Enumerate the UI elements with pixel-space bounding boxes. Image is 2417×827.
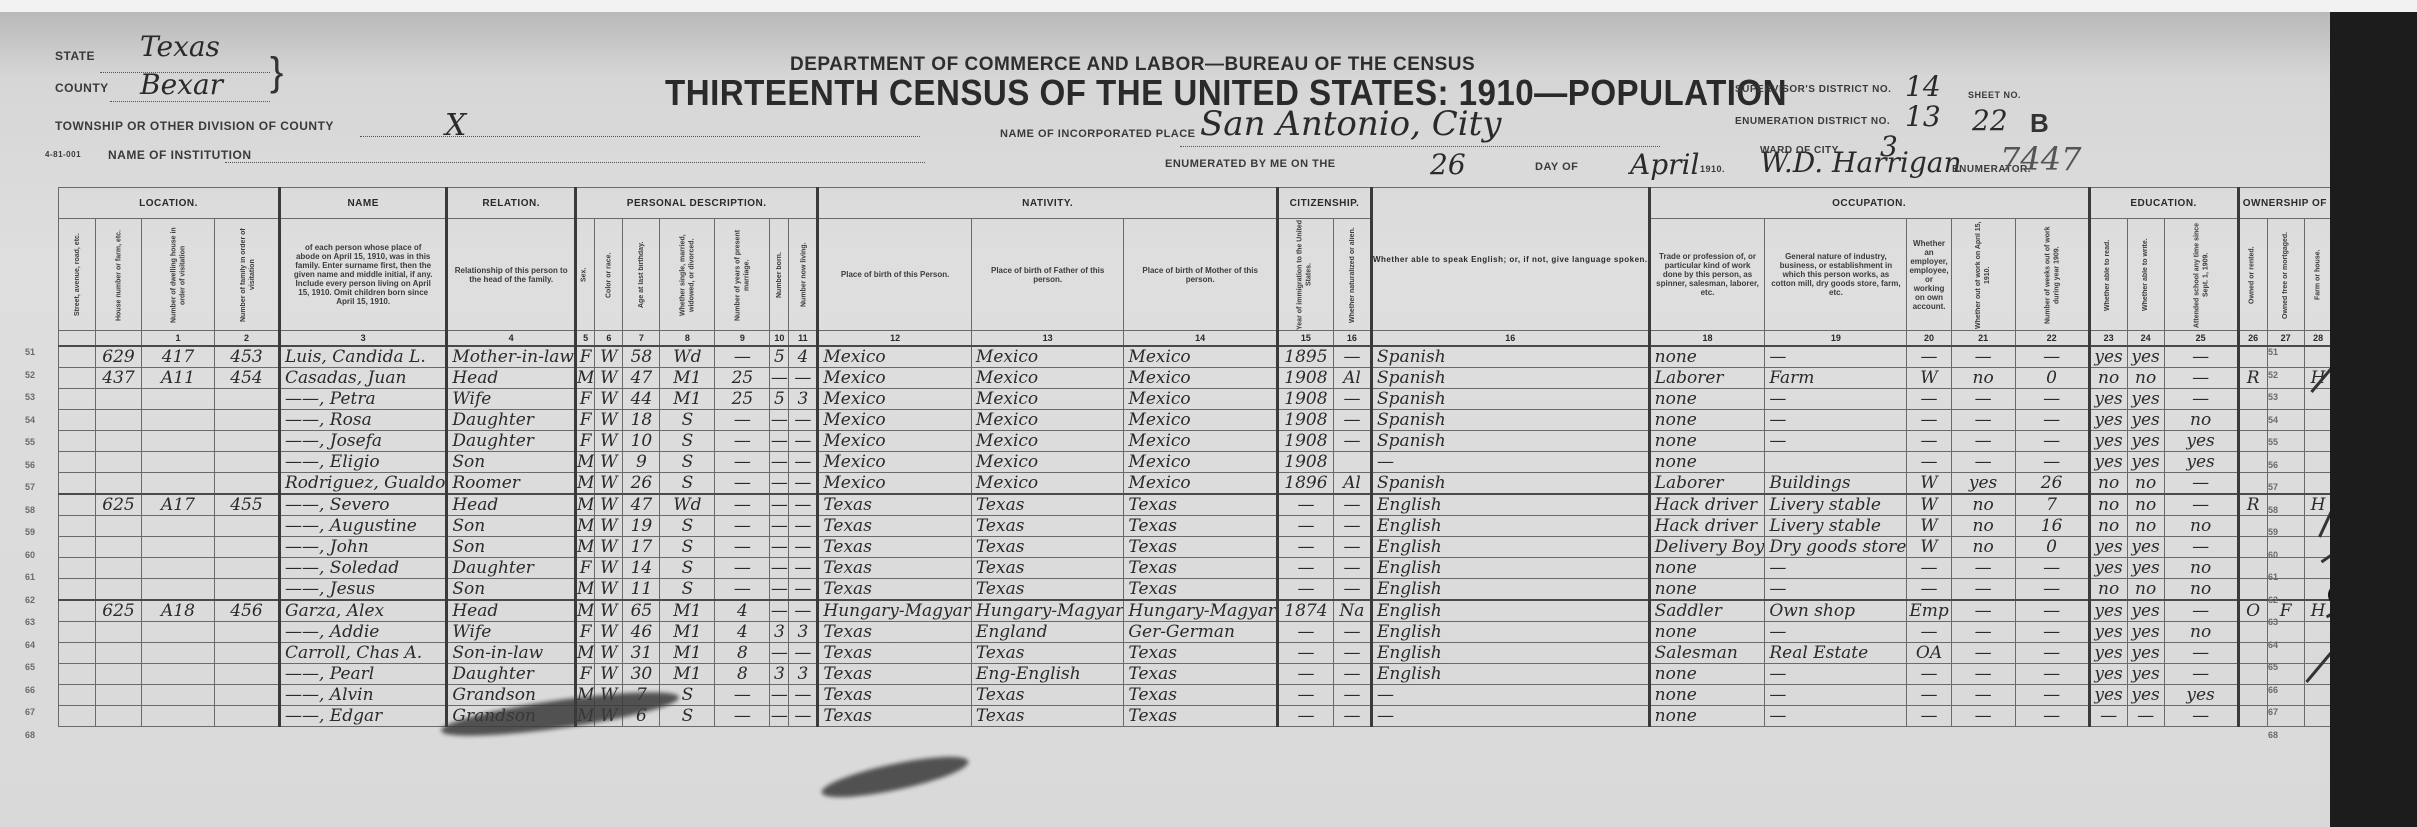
sheet-no-label: SHEET NO. <box>1968 90 2021 100</box>
cell-farm: H <box>2304 494 2330 516</box>
cell-yrs-married: 8 <box>715 643 770 664</box>
cell-natur: Al <box>1333 368 1371 389</box>
cell-marital: M1 <box>660 643 715 664</box>
cell-race: W <box>595 600 623 622</box>
column-number: 14 <box>1124 331 1278 347</box>
cell-street <box>59 346 96 368</box>
cell-house <box>142 664 215 685</box>
column-number: 13 <box>971 331 1124 347</box>
cell-family <box>215 431 280 452</box>
cell-natur: — <box>1333 389 1371 410</box>
cell-father-birth: England <box>971 622 1124 643</box>
cell-language: Spanish <box>1371 410 1649 431</box>
column-number: 9 <box>715 331 770 347</box>
cell-race: W <box>595 431 623 452</box>
cell-relation: Daughter <box>447 558 576 579</box>
column-number: 25 <box>2164 331 2238 347</box>
cell-read: yes <box>2089 664 2127 685</box>
cell-born: 3 <box>770 664 789 685</box>
cell-read: yes <box>2089 537 2127 558</box>
line-number: 53 <box>20 392 40 415</box>
cell-out-work: — <box>1951 622 2015 643</box>
cell-farm <box>2304 579 2330 601</box>
cell-yrs-married: — <box>715 558 770 579</box>
cell-family <box>215 537 280 558</box>
column-number: 8 <box>660 331 715 347</box>
cell-birth: Mexico <box>818 346 972 368</box>
cell-house: A11 <box>142 368 215 389</box>
cell-birth: Mexico <box>818 410 972 431</box>
line-number: 66 <box>2258 685 2288 708</box>
cell-name: ——, Eligio <box>280 452 447 473</box>
cell-marital: Wd <box>660 494 715 516</box>
cell-natur: Al <box>1333 473 1371 495</box>
county-line <box>110 101 270 102</box>
cell-house <box>142 579 215 601</box>
cell-relation: Son <box>447 516 576 537</box>
cell-school: no <box>2164 558 2238 579</box>
cell-marital: S <box>660 579 715 601</box>
enumerated-day: 26 <box>1430 148 1466 181</box>
cell-yrs-married: — <box>715 473 770 495</box>
cell-street <box>59 643 96 664</box>
cell-farm <box>2304 389 2330 410</box>
cell-immig: 1908 <box>1277 431 1333 452</box>
cell-language: Spanish <box>1371 389 1649 410</box>
cell-birth: Mexico <box>818 473 972 495</box>
cell-marital: S <box>660 431 715 452</box>
cell-race: W <box>595 643 623 664</box>
cell-name: Casadas, Juan <box>280 368 447 389</box>
cell-emp: — <box>1907 685 1951 706</box>
cell-dwelling-no <box>96 706 142 727</box>
cell-school: — <box>2164 389 2238 410</box>
cell-trade: Saddler <box>1649 600 1765 622</box>
col-14-header: Place of birth of Mother of this person. <box>1124 219 1278 331</box>
cell-write: yes <box>2127 558 2164 579</box>
column-number: 24 <box>2127 331 2164 347</box>
cell-read: no <box>2089 368 2127 389</box>
cell-industry: Farm <box>1765 368 1907 389</box>
line-number: 59 <box>2258 527 2288 550</box>
cell-industry: — <box>1765 664 1907 685</box>
col-25-header: Attended school any time since Sept. 1, … <box>2164 219 2238 331</box>
group-name: NAME <box>280 188 447 219</box>
cell-dwelling-no <box>96 622 142 643</box>
cell-immig: — <box>1277 516 1333 537</box>
cell-birth: Texas <box>818 558 972 579</box>
state-value: Texas <box>140 30 220 63</box>
cell-write: no <box>2127 494 2164 516</box>
cell-street <box>59 410 96 431</box>
cell-sex: M <box>575 494 594 516</box>
table-row: 625A17455——, SeveroHeadMW47Wd———TexasTex… <box>59 494 2331 516</box>
cell-emp: — <box>1907 431 1951 452</box>
cell-school: yes <box>2164 452 2238 473</box>
incorporated-place-line <box>1180 146 1660 147</box>
cell-school: — <box>2164 706 2238 727</box>
line-number: 51 <box>20 347 40 370</box>
cell-family: 453 <box>215 346 280 368</box>
supervisor-district-value: 14 <box>1905 70 1941 103</box>
cell-language: — <box>1371 452 1649 473</box>
census-table: LOCATION. NAME RELATION. PERSONAL DESCRI… <box>58 187 2330 727</box>
line-number: 55 <box>2258 437 2288 460</box>
cell-mother-birth: Mexico <box>1124 473 1278 495</box>
column-number: 6 <box>595 331 623 347</box>
cell-language: Spanish <box>1371 473 1649 495</box>
cell-immig: — <box>1277 622 1333 643</box>
cell-language: English <box>1371 537 1649 558</box>
cell-farm: H <box>2304 600 2330 622</box>
column-number: 19 <box>1765 331 1907 347</box>
cell-house: 417 <box>142 346 215 368</box>
cell-write: yes <box>2127 643 2164 664</box>
cell-race: W <box>595 622 623 643</box>
column-number <box>96 331 142 347</box>
cell-father-birth: Mexico <box>971 431 1124 452</box>
cell-school: no <box>2164 516 2238 537</box>
cell-street <box>59 706 96 727</box>
cell-farm <box>2304 685 2330 706</box>
cell-age: 47 <box>623 494 660 516</box>
cell-read: no <box>2089 473 2127 495</box>
cell-language: English <box>1371 494 1649 516</box>
cell-emp: W <box>1907 537 1951 558</box>
group-ownership: OWNERSHIP OF HOME. <box>2238 188 2330 219</box>
cell-immig: 1895 <box>1277 346 1333 368</box>
col-4-header: Relationship of this person to the head … <box>447 219 576 331</box>
cell-marital: S <box>660 473 715 495</box>
cell-sex: F <box>575 431 594 452</box>
cell-read: yes <box>2089 346 2127 368</box>
cell-out-work: no <box>1951 368 2015 389</box>
cell-father-birth: Texas <box>971 685 1124 706</box>
cell-street <box>59 579 96 601</box>
cell-weeks-out: — <box>2015 664 2089 685</box>
group-nativity: NATIVITY. <box>818 188 1278 219</box>
cell-born: — <box>770 473 789 495</box>
cell-born: — <box>770 579 789 601</box>
column-number <box>59 331 96 347</box>
cell-industry <box>1765 452 1907 473</box>
cell-dwelling-no <box>96 643 142 664</box>
cell-immig: — <box>1277 494 1333 516</box>
cell-natur: — <box>1333 558 1371 579</box>
col-15-header: Year of immigration to the United States… <box>1277 219 1333 331</box>
table-row: ——, RosaDaughterFW18S———MexicoMexicoMexi… <box>59 410 2331 431</box>
column-number: 18 <box>1649 331 1765 347</box>
cell-born: 5 <box>770 346 789 368</box>
cell-born: — <box>770 431 789 452</box>
cell-born: 5 <box>770 389 789 410</box>
cell-weeks-out: — <box>2015 389 2089 410</box>
table-row: ——, PearlDaughterFW30M1833TexasEng-Engli… <box>59 664 2331 685</box>
cell-sex: F <box>575 558 594 579</box>
cell-language: Spanish <box>1371 346 1649 368</box>
cell-write: yes <box>2127 452 2164 473</box>
cell-name: ——, Josefa <box>280 431 447 452</box>
ward-label: WARD OF CITY <box>1760 145 1839 156</box>
cell-emp: — <box>1907 558 1951 579</box>
cell-school: — <box>2164 346 2238 368</box>
cell-race: W <box>595 664 623 685</box>
col-9-header: Number of years of present marriage. <box>715 219 770 331</box>
cell-house <box>142 558 215 579</box>
cell-write: yes <box>2127 346 2164 368</box>
col-18-header: Trade or profession of, or particular ki… <box>1649 219 1765 331</box>
cell-relation: Head <box>447 368 576 389</box>
column-number: 7 <box>623 331 660 347</box>
cell-mother-birth: Texas <box>1124 643 1278 664</box>
line-number: 68 <box>2258 730 2288 753</box>
cell-emp: — <box>1907 346 1951 368</box>
table-row: ——, SoledadDaughterFW14S———TexasTexasTex… <box>59 558 2331 579</box>
cell-dwelling-no <box>96 473 142 495</box>
table-row: ——, AugustineSonMW19S———TexasTexasTexas—… <box>59 516 2331 537</box>
cell-age: 17 <box>623 537 660 558</box>
cell-family <box>215 664 280 685</box>
cell-emp: W <box>1907 473 1951 495</box>
cell-age: 18 <box>623 410 660 431</box>
cell-relation: Wife <box>447 622 576 643</box>
cell-weeks-out: 26 <box>2015 473 2089 495</box>
cell-relation: Wife <box>447 389 576 410</box>
cell-name: ——, Jesus <box>280 579 447 601</box>
col-6-header: Color or race. <box>595 219 623 331</box>
column-number: 12 <box>818 331 972 347</box>
cell-language: — <box>1371 706 1649 727</box>
cell-industry: Livery stable <box>1765 516 1907 537</box>
cell-birth: Mexico <box>818 389 972 410</box>
cell-weeks-out: — <box>2015 431 2089 452</box>
cell-emp: — <box>1907 579 1951 601</box>
cell-out-work: no <box>1951 516 2015 537</box>
cell-write: yes <box>2127 389 2164 410</box>
col-3-header: of each person whose place of abode on A… <box>280 219 447 331</box>
cell-relation: Roomer <box>447 473 576 495</box>
cell-age: 47 <box>623 368 660 389</box>
cell-mother-birth: Mexico <box>1124 410 1278 431</box>
cell-natur: — <box>1333 537 1371 558</box>
township-value: X <box>445 108 466 143</box>
cell-emp: — <box>1907 664 1951 685</box>
cell-weeks-out: — <box>2015 643 2089 664</box>
cell-father-birth: Texas <box>971 643 1124 664</box>
cell-write: no <box>2127 516 2164 537</box>
group-education: EDUCATION. <box>2089 188 2238 219</box>
cell-race: W <box>595 410 623 431</box>
incorporated-place-value: San Antonio, City <box>1200 104 1501 144</box>
cell-weeks-out: — <box>2015 346 2089 368</box>
cell-father-birth: Mexico <box>971 389 1124 410</box>
cell-house: A18 <box>142 600 215 622</box>
cell-industry: — <box>1765 622 1907 643</box>
cell-weeks-out: — <box>2015 558 2089 579</box>
cell-marital: Wd <box>660 346 715 368</box>
cell-language: English <box>1371 643 1649 664</box>
cell-father-birth: Hungary-Magyar <box>971 600 1124 622</box>
line-number: 55 <box>20 437 40 460</box>
cell-language: Spanish <box>1371 368 1649 389</box>
cell-relation: Son-in-law <box>447 643 576 664</box>
line-number: 60 <box>2258 550 2288 573</box>
cell-immig: — <box>1277 643 1333 664</box>
cell-school: — <box>2164 368 2238 389</box>
cell-father-birth: Eng-English <box>971 664 1124 685</box>
col-house-header: House number or farm, etc. <box>96 219 142 331</box>
cell-mother-birth: Texas <box>1124 664 1278 685</box>
cell-father-birth: Mexico <box>971 368 1124 389</box>
cell-industry: — <box>1765 410 1907 431</box>
cell-name: ——, Severo <box>280 494 447 516</box>
cell-out-work: yes <box>1951 473 2015 495</box>
cell-industry: — <box>1765 431 1907 452</box>
cell-street <box>59 537 96 558</box>
line-number: 67 <box>20 707 40 730</box>
table-row: ——, JohnSonMW17S———TexasTexasTexas——Engl… <box>59 537 2331 558</box>
col-2-header: Number of family in order of visitation <box>215 219 280 331</box>
line-numbers-left: 515253545556575859606162636465666768 <box>20 347 40 752</box>
cell-weeks-out: — <box>2015 685 2089 706</box>
cell-mother-birth: Mexico <box>1124 389 1278 410</box>
table-row: ——, AlvinGrandsonMW7S———TexasTexasTexas—… <box>59 685 2331 706</box>
cell-industry: Dry goods store <box>1765 537 1907 558</box>
cell-mother-birth: Texas <box>1124 558 1278 579</box>
cell-yrs-married: 25 <box>715 368 770 389</box>
cell-name: Luis, Candida L. <box>280 346 447 368</box>
cell-mother-birth: Texas <box>1124 706 1278 727</box>
column-number: 23 <box>2089 331 2127 347</box>
cell-born: — <box>770 537 789 558</box>
cell-living: — <box>789 368 818 389</box>
cell-trade: none <box>1649 579 1765 601</box>
column-number: 21 <box>1951 331 2015 347</box>
cell-emp: W <box>1907 516 1951 537</box>
cell-house <box>142 516 215 537</box>
line-number: 59 <box>20 527 40 550</box>
cell-natur: — <box>1333 685 1371 706</box>
cell-father-birth: Texas <box>971 516 1124 537</box>
table-row: 625A18456Garza, AlexHeadMW65M14——Hungary… <box>59 600 2331 622</box>
cell-trade: Hack driver <box>1649 494 1765 516</box>
cell-living: — <box>789 537 818 558</box>
line-number: 67 <box>2258 707 2288 730</box>
cell-dwelling-no <box>96 516 142 537</box>
cell-born: — <box>770 706 789 727</box>
cell-weeks-out: — <box>2015 622 2089 643</box>
cell-yrs-married: 4 <box>715 622 770 643</box>
cell-relation: Son <box>447 452 576 473</box>
column-number: 20 <box>1907 331 1951 347</box>
census-sheet: STATE Texas COUNTY Bexar } TOWNSHIP OR O… <box>0 12 2330 827</box>
cell-living: — <box>789 516 818 537</box>
cell-natur: — <box>1333 664 1371 685</box>
cell-immig: — <box>1277 558 1333 579</box>
table-row: ——, EdgarGrandsonMW6S———TexasTexasTexas—… <box>59 706 2331 727</box>
cell-sex: F <box>575 664 594 685</box>
cell-emp: W <box>1907 494 1951 516</box>
cell-birth: Texas <box>818 664 972 685</box>
cell-natur: — <box>1333 706 1371 727</box>
cell-trade: none <box>1649 431 1765 452</box>
cell-race: W <box>595 389 623 410</box>
cell-family <box>215 579 280 601</box>
cell-sex: M <box>575 600 594 622</box>
cell-race: W <box>595 368 623 389</box>
cell-name: ——, Edgar <box>280 706 447 727</box>
cell-relation: Mother-in-law <box>447 346 576 368</box>
line-number: 64 <box>20 640 40 663</box>
cell-relation: Son <box>447 537 576 558</box>
cell-birth: Texas <box>818 537 972 558</box>
cell-name: ——, Alvin <box>280 685 447 706</box>
column-number-row: 1234567891011121314151616181920212223242… <box>59 331 2331 347</box>
state-county-brace: } <box>270 50 283 95</box>
cell-weeks-out: — <box>2015 410 2089 431</box>
state-label: STATE <box>55 49 95 63</box>
cell-farm <box>2304 346 2330 368</box>
cell-trade: none <box>1649 346 1765 368</box>
enumerated-label: ENUMERATED BY ME ON THE <box>1165 158 1336 170</box>
cell-out-work: — <box>1951 600 2015 622</box>
cell-trade: none <box>1649 558 1765 579</box>
cell-name: ——, John <box>280 537 447 558</box>
col-20-header: Whether an employer, employee, or workin… <box>1907 219 1951 331</box>
enumeration-district-value: 13 <box>1905 100 1941 133</box>
cell-immig: 1896 <box>1277 473 1333 495</box>
cell-relation: Daughter <box>447 664 576 685</box>
cell-language: — <box>1371 685 1649 706</box>
cell-born: — <box>770 643 789 664</box>
cell-read: yes <box>2089 452 2127 473</box>
cell-out-work: — <box>1951 346 2015 368</box>
cell-name: ——, Pearl <box>280 664 447 685</box>
cell-street <box>59 685 96 706</box>
table-row: 437A11454Casadas, JuanHeadMW47M125——Mexi… <box>59 368 2331 389</box>
cell-out-work: — <box>1951 643 2015 664</box>
cell-industry: Livery stable <box>1765 494 1907 516</box>
cell-name: Rodriguez, Gualdo <box>280 473 447 495</box>
cell-age: 58 <box>623 346 660 368</box>
cell-out-work: — <box>1951 664 2015 685</box>
group-location: LOCATION. <box>59 188 280 219</box>
cell-industry: — <box>1765 558 1907 579</box>
cell-school: — <box>2164 600 2238 622</box>
cell-immig: 1908 <box>1277 410 1333 431</box>
cell-sex: F <box>575 346 594 368</box>
sheet-no-value: 22 <box>1972 104 2008 137</box>
cell-race: W <box>595 516 623 537</box>
col-8-header: Whether single, married, widowed, or div… <box>660 219 715 331</box>
cell-mother-birth: Texas <box>1124 494 1278 516</box>
cell-out-work: — <box>1951 558 2015 579</box>
cell-natur: — <box>1333 516 1371 537</box>
col-21-header: Whether out of work on April 15, 1910. <box>1951 219 2015 331</box>
cell-school: yes <box>2164 431 2238 452</box>
cell-father-birth: Mexico <box>971 452 1124 473</box>
cell-father-birth: Texas <box>971 706 1124 727</box>
cell-street <box>59 600 96 622</box>
column-number: 10 <box>770 331 789 347</box>
cell-family <box>215 643 280 664</box>
cell-living: — <box>789 600 818 622</box>
line-number: 63 <box>2258 617 2288 640</box>
table-row: Carroll, Chas A.Son-in-lawMW31M18——Texas… <box>59 643 2331 664</box>
incorporated-place-label: NAME OF INCORPORATED PLACE <box>1000 128 1196 140</box>
column-number: 28 <box>2304 331 2330 347</box>
cell-mother-birth: Texas <box>1124 685 1278 706</box>
